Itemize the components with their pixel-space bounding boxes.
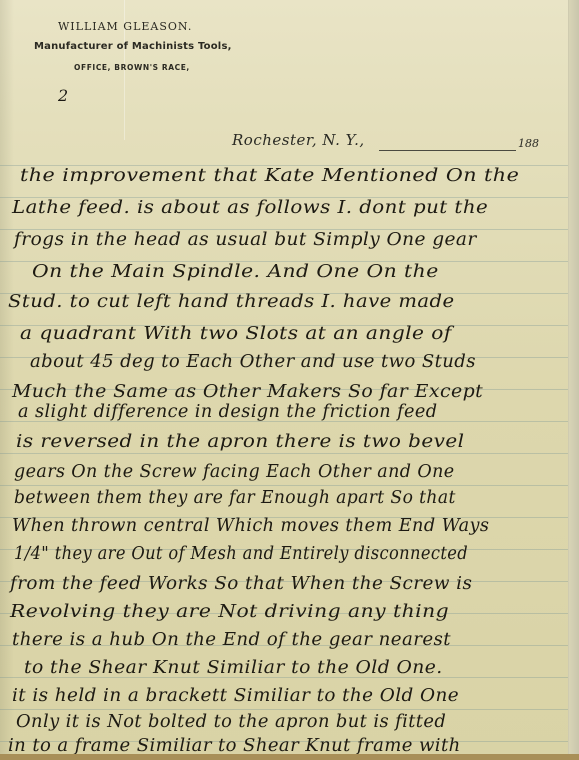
- paper-bottom-edge: [0, 754, 579, 760]
- letterhead-subtitle: Manufacturer of Machinists Tools,: [34, 41, 232, 52]
- letterhead-name: WILLIAM GLEASON.: [58, 20, 192, 33]
- handwritten-line: there is a hub On the End of the gear ne…: [12, 630, 451, 650]
- handwritten-line: about 45 deg to Each Other and use two S…: [30, 352, 476, 372]
- letter-page: WILLIAM GLEASON. Manufacturer of Machini…: [0, 0, 579, 760]
- handwritten-line: the improvement that Kate Mentioned On t…: [20, 166, 519, 186]
- handwritten-line: Much the Same as Other Makers So far Exc…: [12, 382, 483, 402]
- ruled-line: [0, 453, 569, 454]
- handwritten-line: gears On the Screw facing Each Other and…: [14, 462, 455, 482]
- handwritten-line: 1/4" they are Out of Mesh and Entirely d…: [14, 544, 468, 564]
- handwritten-line: frogs in the head as usual but Simply On…: [14, 230, 477, 250]
- handwritten-line: Revolving they are Not driving any thing: [10, 602, 449, 622]
- ruled-line: [0, 485, 569, 486]
- letterhead-office: OFFICE, BROWN'S RACE,: [74, 63, 190, 72]
- handwritten-line: Lathe feed. is about as follows I. dont …: [12, 198, 488, 218]
- handwritten-line: Stud. to cut left hand threads I. have m…: [8, 292, 455, 312]
- handwritten-line: a slight difference in design the fricti…: [18, 402, 437, 422]
- handwritten-line: it is held in a brackett Similiar to the…: [12, 686, 459, 706]
- dateline-year: 188: [518, 137, 539, 150]
- handwritten-line: Only it is Not bolted to the apron but i…: [16, 712, 446, 732]
- paper-right-edge: [568, 0, 579, 760]
- dateline-place: Rochester, N. Y.,: [232, 131, 365, 149]
- handwritten-line: to the Shear Knut Similiar to the Old On…: [24, 658, 443, 678]
- ruled-line: [0, 709, 569, 710]
- page-number: 2: [58, 86, 68, 105]
- handwritten-line: in to a frame Similiar to Shear Knut fra…: [8, 736, 461, 756]
- handwritten-line: is reversed in the apron there is two be…: [16, 432, 464, 452]
- handwritten-line: When thrown central Which moves them End…: [12, 516, 489, 536]
- handwritten-line: On the Main Spindle. And One On the: [32, 262, 439, 282]
- handwritten-line: a quadrant With two Slots at an angle of: [20, 324, 452, 344]
- date-blank-line: [379, 150, 516, 151]
- handwritten-line: from the feed Works So that When the Scr…: [10, 574, 472, 594]
- handwritten-line: between them they are far Enough apart S…: [14, 488, 456, 508]
